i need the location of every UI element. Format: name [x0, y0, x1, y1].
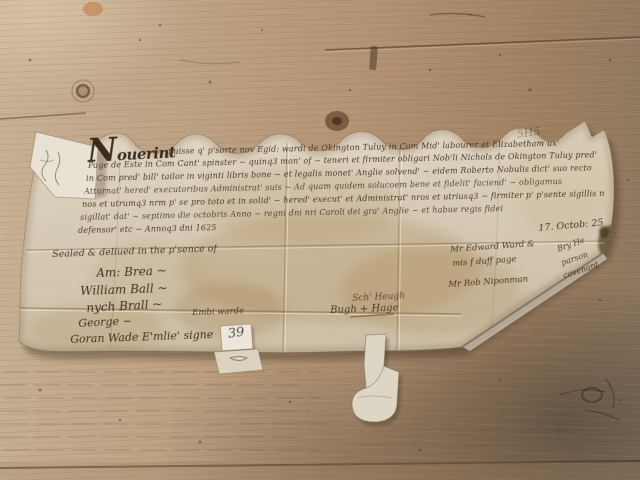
endorsed-name: Mr Rob Niponman — [448, 274, 528, 290]
witness-signature: William Ball ~ — [80, 281, 168, 298]
docket-date: 17. Octob: 25 — [538, 217, 604, 234]
note-by-seal-tag: Bugh + Hage — [330, 303, 399, 316]
endorsed-name: mis f duff page — [452, 255, 517, 269]
attestation-clause: Sealed & deliued in the p'sence of — [52, 243, 217, 260]
witness-signature: nych Brall ~ — [86, 297, 163, 315]
archive-number: 39 — [227, 325, 245, 342]
witness-signature: George ~ — [78, 314, 132, 330]
witness-signature: Am: Brea ~ — [96, 264, 167, 280]
parchment-text: Nouerint 5H5 puisse q' p'sorte nov Egid:… — [0, 0, 640, 480]
witness-signature: Goran Wade E'mlie' signe — [70, 328, 213, 346]
body-line: defensor' etc ~ Annoq3 dni 1625 — [78, 221, 338, 235]
endorsed-name: Mr Edward Ward & — [450, 239, 535, 255]
clerk-note: Embi warde — [192, 306, 244, 318]
photo-of-parchment-deed: Nouerint 5H5 puisse q' p'sorte nov Egid:… — [0, 0, 640, 480]
